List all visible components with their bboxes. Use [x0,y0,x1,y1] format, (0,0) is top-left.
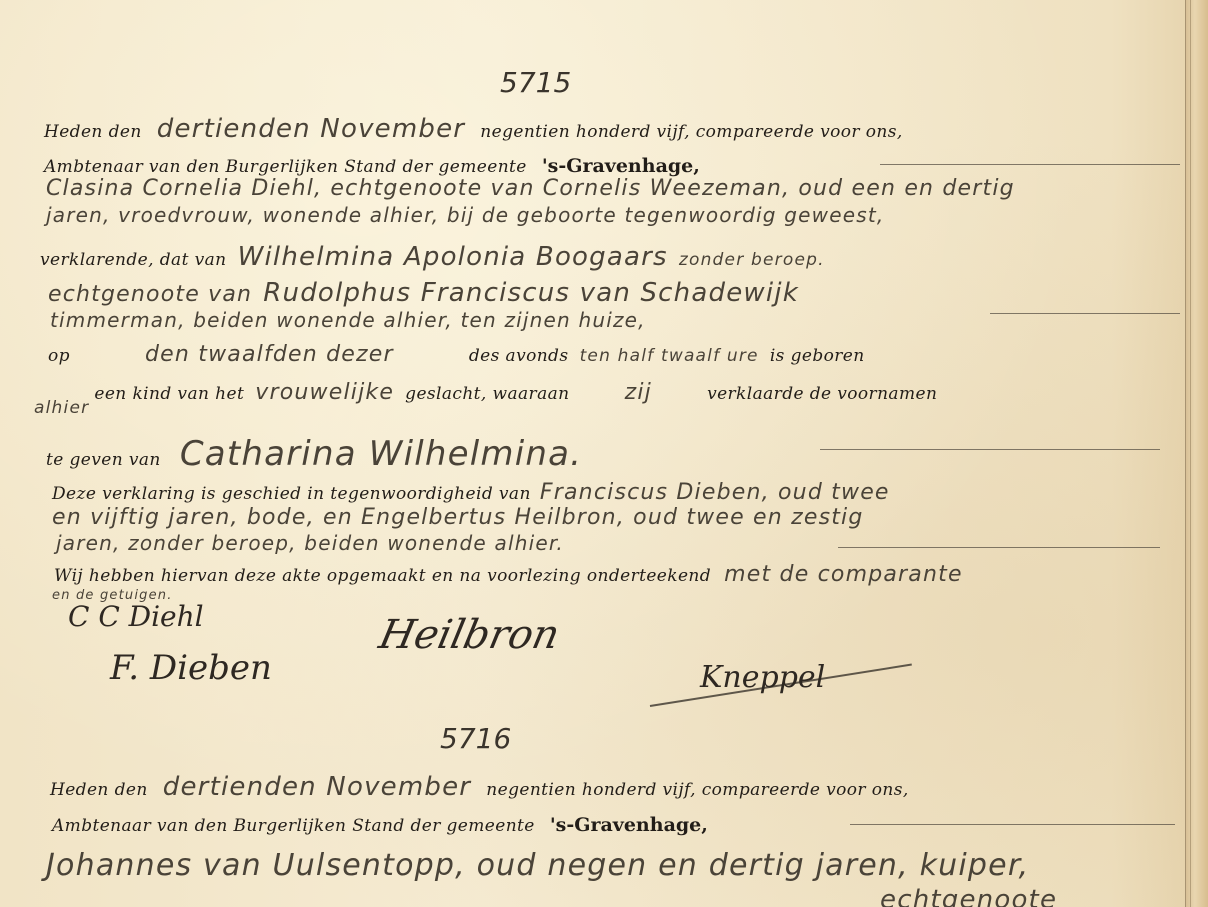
fill-line [990,313,1180,314]
printed-text: Wij hebben hiervan deze akte opgemaakt e… [54,566,711,586]
birth-time: ten half twaalf ure [580,346,759,366]
book-binding-edge [1185,0,1208,907]
declarant-line-2: jaren, vroedvrouw, wonende alhier, bij d… [46,203,884,227]
act1-line-verklarende: verklarende, dat van Wilhelmina Apolonia… [40,242,825,272]
witness-line-3: jaren, zonder beroep, beiden wonende alh… [56,531,564,555]
act1-line-kind: alhier een kind van het vrouwelijke gesl… [34,380,937,405]
printed-text: op [48,346,70,366]
signature-official: Kneppel [700,660,825,695]
printed-text: geslacht, waaraan [405,384,569,404]
father-line-1: echtgenoote van Rudolphus Franciscus van… [48,278,799,308]
printed-text: verklarende, dat van [40,250,227,270]
printed-text: te geven van [46,450,161,470]
signature-declarant: C C Diehl [68,600,204,633]
printed-text: negentien honderd vijf, compareerde voor… [486,780,908,800]
fill-line [838,547,1160,548]
witness-line-2: en vijftig jaren, bode, en Engelbertus H… [52,505,864,530]
fill-line [850,824,1175,825]
printed-text: verklaarde de voornamen [707,384,937,404]
fill-line [880,164,1180,165]
pronoun: zij [625,380,652,405]
fill-line [820,449,1160,450]
act1-line-op: op den twaalfden dezer des avonds ten ha… [48,342,865,367]
birth-day: den twaalfden dezer [145,342,394,367]
act1-line-heden: Heden den dertienden November negentien … [44,114,903,144]
father-line-2: timmerman, beiden wonende alhier, ten zi… [50,308,646,332]
margin-note: alhier [34,398,89,418]
printed-text: Ambtenaar van den Burgerlijken Stand der… [44,157,527,177]
child-name: Catharina Wilhelmina. [180,434,582,474]
act1-line-witness: Deze verklaring is geschied in tegenwoor… [52,480,890,505]
declarant-line-2-partial: echtgenoote [880,885,1057,907]
printed-text: Heden den [44,122,142,142]
printed-text: Deze verklaring is geschied in tegenwoor… [52,484,531,504]
handwritten-date: dertienden November [163,772,471,802]
declarant-line-1: Johannes van Uulsentopp, oud negen en de… [46,848,1029,883]
child-sex: vrouwelijke [255,380,394,405]
mother-name: Wilhelmina Apolonia Boogaars [238,242,668,272]
mother-occupation: zonder beroep. [679,250,825,270]
signature-witness-2: Heilbron [375,612,563,658]
act1-line-ambtenaar: Ambtenaar van den Burgerlijken Stand der… [44,155,700,177]
municipality-name: 's-Gravenhage, [550,814,708,836]
handwritten-date: dertienden November [157,114,465,144]
witness-1: Franciscus Dieben, oud twee [540,480,890,505]
declarant-line-1: Clasina Cornelia Diehl, echtgenoote van … [46,176,1015,201]
printed-text: Ambtenaar van den Burgerlijken Stand der… [52,816,535,836]
act2-line-ambtenaar: Ambtenaar van den Burgerlijken Stand der… [52,814,708,836]
act-number: 5715 [500,66,571,99]
printed-text: een kind van het [94,384,244,404]
handwritten-text: echtgenoote van [48,282,252,307]
act-number: 5716 [440,722,511,755]
handwritten-text: met de comparante [724,562,963,587]
printed-text: negentien honderd vijf, compareerde voor… [480,122,902,142]
father-name: Rudolphus Franciscus van Schadewijk [263,278,799,308]
signature-witness-1: F. Dieben [110,648,272,688]
printed-text: des avonds [469,346,569,366]
act1-line-akte: Wij hebben hiervan deze akte opgemaakt e… [54,562,963,587]
municipality-name: 's-Gravenhage, [542,155,700,177]
printed-text: Heden den [50,780,148,800]
act1-line-geven: te geven van Catharina Wilhelmina. [46,434,582,474]
act2-line-heden: Heden den dertienden November negentien … [50,772,909,802]
printed-text: is geboren [770,346,865,366]
